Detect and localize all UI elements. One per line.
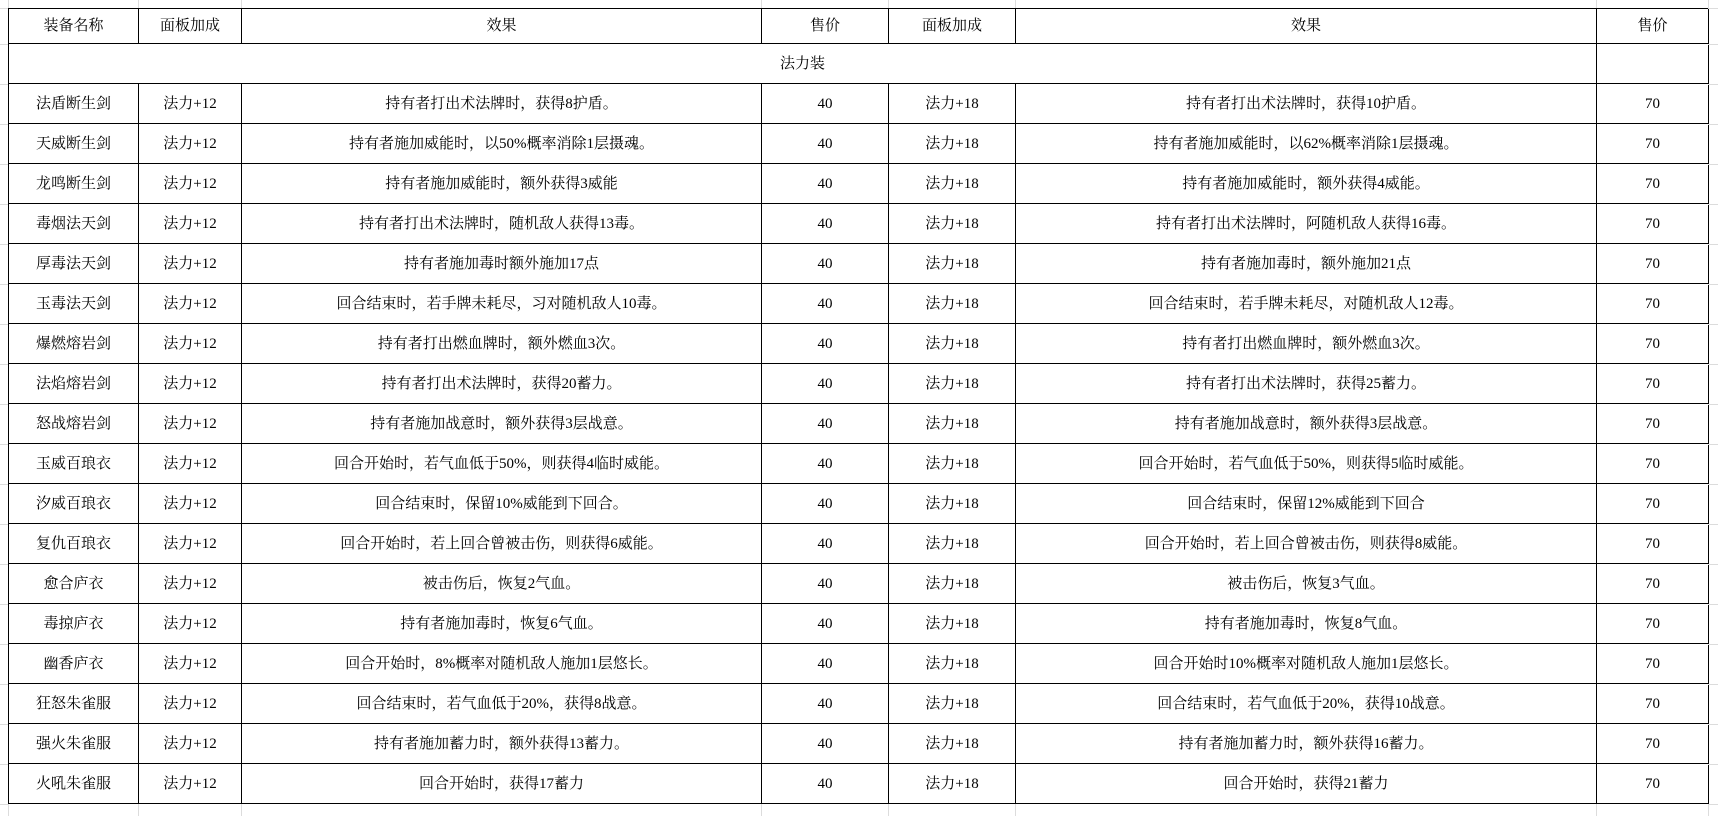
spreadsheet-canvas: 装备名称 面板加成 效果 售价 面板加成 效果 售价 法力装 法盾断生剑法力+1…: [0, 0, 1718, 816]
spreadsheet-gridline: [0, 644, 8, 645]
header-effect-2[interactable]: 效果: [1016, 9, 1597, 44]
panel-bonus-cell-1[interactable]: 法力+12: [139, 564, 242, 604]
effect-cell-1[interactable]: 持有者施加战意时，额外获得3层战意。: [242, 404, 762, 444]
spreadsheet-gridline: [0, 324, 8, 325]
panel-bonus-cell-2[interactable]: 法力+18: [889, 724, 1016, 764]
panel-bonus-cell-1[interactable]: 法力+12: [139, 644, 242, 684]
panel-bonus-cell-2[interactable]: 法力+18: [889, 164, 1016, 204]
equipment-name-cell[interactable]: 汐威百琅衣: [9, 484, 139, 524]
spreadsheet-gridline: [241, 0, 242, 8]
effect-cell-1[interactable]: 回合开始时，若气血低于50%，则获得4临时威能。: [242, 444, 762, 484]
spreadsheet-gridline: [241, 804, 242, 816]
price-cell-1[interactable]: 40: [762, 84, 889, 124]
effect-cell-2[interactable]: 被击伤后，恢复3气血。: [1016, 564, 1597, 604]
spreadsheet-gridline: [1708, 604, 1718, 605]
spreadsheet-gridline: [1708, 764, 1718, 765]
panel-bonus-cell-1[interactable]: 法力+12: [139, 244, 242, 284]
equipment-name-cell[interactable]: 玉毒法天剑: [9, 284, 139, 324]
spreadsheet-gridline: [888, 804, 889, 816]
table-row: 毒烟法天剑法力+12持有者打出术法牌时，随机敌人获得13毒。40法力+18持有者…: [9, 204, 1709, 244]
price-cell-1[interactable]: 40: [762, 684, 889, 724]
equipment-name-cell[interactable]: 法盾断生剑: [9, 84, 139, 124]
effect-cell-2[interactable]: 回合结束时，保留12%威能到下回合: [1016, 484, 1597, 524]
effect-cell-2[interactable]: 持有者施加蓄力时，额外获得16蓄力。: [1016, 724, 1597, 764]
panel-bonus-cell-2[interactable]: 法力+18: [889, 284, 1016, 324]
price-cell-1[interactable]: 40: [762, 764, 889, 804]
spreadsheet-gridline: [0, 164, 8, 165]
effect-cell-1[interactable]: 持有者施加毒时，恢复6气血。: [242, 604, 762, 644]
price-cell-1[interactable]: 40: [762, 244, 889, 284]
equipment-name-cell[interactable]: 强火朱雀服: [9, 724, 139, 764]
section-row: 法力装: [9, 44, 1709, 84]
spreadsheet-gridline: [0, 124, 8, 125]
panel-bonus-cell-2[interactable]: 法力+18: [889, 84, 1016, 124]
spreadsheet-gridline: [1708, 804, 1709, 816]
effect-cell-2[interactable]: 持有者施加威能时，以62%概率消除1层摄魂。: [1016, 124, 1597, 164]
price-cell-1[interactable]: 40: [762, 364, 889, 404]
equipment-name-cell[interactable]: 玉威百琅衣: [9, 444, 139, 484]
price-cell-2[interactable]: 70: [1597, 124, 1709, 164]
price-cell-2[interactable]: 70: [1597, 324, 1709, 364]
spreadsheet-gridline: [0, 444, 8, 445]
table-row: 法盾断生剑法力+12持有者打出术法牌时，获得8护盾。40法力+18持有者打出术法…: [9, 84, 1709, 124]
equipment-name-cell[interactable]: 火吼朱雀服: [9, 764, 139, 804]
equipment-name-cell[interactable]: 龙鸣断生剑: [9, 164, 139, 204]
panel-bonus-cell-1[interactable]: 法力+12: [139, 724, 242, 764]
effect-cell-1[interactable]: 被击伤后，恢复2气血。: [242, 564, 762, 604]
table-row: 天威断生剑法力+12持有者施加威能时，以50%概率消除1层摄魂。40法力+18持…: [9, 124, 1709, 164]
effect-cell-1[interactable]: 回合结束时，若手牌未耗尽，习对随机敌人10毒。: [242, 284, 762, 324]
effect-cell-2[interactable]: 回合开始时，若上回合曾被击伤，则获得8威能。: [1016, 524, 1597, 564]
effect-cell-2[interactable]: 持有者打出术法牌时，获得10护盾。: [1016, 84, 1597, 124]
panel-bonus-cell-2[interactable]: 法力+18: [889, 764, 1016, 804]
header-equip-name[interactable]: 装备名称: [9, 9, 139, 44]
price-cell-2[interactable]: 70: [1597, 484, 1709, 524]
spreadsheet-gridline: [1015, 804, 1016, 816]
panel-bonus-cell-1[interactable]: 法力+12: [139, 284, 242, 324]
effect-cell-2[interactable]: 回合开始时10%概率对随机敌人施加1层悠长。: [1016, 644, 1597, 684]
panel-bonus-cell-2[interactable]: 法力+18: [889, 244, 1016, 284]
panel-bonus-cell-2[interactable]: 法力+18: [889, 644, 1016, 684]
price-cell-1[interactable]: 40: [762, 124, 889, 164]
equipment-name-cell[interactable]: 狂怒朱雀服: [9, 684, 139, 724]
spreadsheet-gridline: [1596, 804, 1597, 816]
effect-cell-1[interactable]: 回合开始时，若上回合曾被击伤，则获得6威能。: [242, 524, 762, 564]
spreadsheet-gridline: [1596, 0, 1597, 8]
spreadsheet-gridline: [0, 804, 8, 805]
panel-bonus-cell-1[interactable]: 法力+12: [139, 204, 242, 244]
price-cell-2[interactable]: 70: [1597, 164, 1709, 204]
effect-cell-1[interactable]: 持有者打出术法牌时，获得8护盾。: [242, 84, 762, 124]
spreadsheet-gridline: [888, 0, 889, 8]
price-cell-2[interactable]: 70: [1597, 444, 1709, 484]
spreadsheet-gridline: [1708, 204, 1718, 205]
spreadsheet-gridline: [1708, 44, 1718, 45]
spreadsheet-gridline: [761, 0, 762, 8]
section-label-cell[interactable]: 法力装: [9, 44, 1597, 84]
spreadsheet-gridline: [0, 84, 8, 85]
price-cell-2[interactable]: 70: [1597, 764, 1709, 804]
effect-cell-1[interactable]: 持有者施加威能时，以50%概率消除1层摄魂。: [242, 124, 762, 164]
spreadsheet-gridline: [0, 524, 8, 525]
panel-bonus-cell-2[interactable]: 法力+18: [889, 124, 1016, 164]
panel-bonus-cell-1[interactable]: 法力+12: [139, 444, 242, 484]
spreadsheet-gridline: [1708, 444, 1718, 445]
price-cell-1[interactable]: 40: [762, 484, 889, 524]
equipment-name-cell[interactable]: 毒掠庐衣: [9, 604, 139, 644]
spreadsheet-gridline: [1708, 524, 1718, 525]
header-price-1[interactable]: 售价: [762, 9, 889, 44]
effect-cell-2[interactable]: 持有者施加毒时，恢复8气血。: [1016, 604, 1597, 644]
price-cell-1[interactable]: 40: [762, 284, 889, 324]
panel-bonus-cell-2[interactable]: 法力+18: [889, 204, 1016, 244]
spreadsheet-gridline: [1708, 644, 1718, 645]
table-row: 法焰熔岩剑法力+12持有者打出术法牌时，获得20蓄力。40法力+18持有者打出术…: [9, 364, 1709, 404]
table-row: 怒战熔岩剑法力+12持有者施加战意时，额外获得3层战意。40法力+18持有者施加…: [9, 404, 1709, 444]
spreadsheet-gridline: [0, 284, 8, 285]
panel-bonus-cell-2[interactable]: 法力+18: [889, 404, 1016, 444]
equipment-name-cell[interactable]: 厚毒法天剑: [9, 244, 139, 284]
table-row: 火吼朱雀服法力+12回合开始时，获得17蓄力40法力+18回合开始时，获得21蓄…: [9, 764, 1709, 804]
spreadsheet-gridline: [1708, 404, 1718, 405]
price-cell-1[interactable]: 40: [762, 164, 889, 204]
spreadsheet-gridline: [138, 804, 139, 816]
price-cell-1[interactable]: 40: [762, 444, 889, 484]
spreadsheet-gridline: [1708, 84, 1718, 85]
effect-cell-1[interactable]: 回合开始时，获得17蓄力: [242, 764, 762, 804]
price-cell-1[interactable]: 40: [762, 724, 889, 764]
panel-bonus-cell-1[interactable]: 法力+12: [139, 524, 242, 564]
table-row: 毒掠庐衣法力+12持有者施加毒时，恢复6气血。40法力+18持有者施加毒时，恢复…: [9, 604, 1709, 644]
spreadsheet-gridline: [1015, 0, 1016, 8]
effect-cell-1[interactable]: 回合开始时，8%概率对随机敌人施加1层悠长。: [242, 644, 762, 684]
table-row: 玉威百琅衣法力+12回合开始时，若气血低于50%，则获得4临时威能。40法力+1…: [9, 444, 1709, 484]
effect-cell-2[interactable]: 回合开始时，获得21蓄力: [1016, 764, 1597, 804]
price-cell-2[interactable]: 70: [1597, 84, 1709, 124]
equipment-name-cell[interactable]: 怒战熔岩剑: [9, 404, 139, 444]
header-effect-1[interactable]: 效果: [242, 9, 762, 44]
panel-bonus-cell-1[interactable]: 法力+12: [139, 684, 242, 724]
spreadsheet-gridline: [1708, 244, 1718, 245]
equipment-name-cell[interactable]: 幽香庐衣: [9, 644, 139, 684]
price-cell-2[interactable]: 70: [1597, 604, 1709, 644]
panel-bonus-cell-1[interactable]: 法力+12: [139, 764, 242, 804]
table-row: 龙鸣断生剑法力+12持有者施加威能时，额外获得3威能40法力+18持有者施加威能…: [9, 164, 1709, 204]
panel-bonus-cell-2[interactable]: 法力+18: [889, 524, 1016, 564]
effect-cell-2[interactable]: 回合开始时，若气血低于50%，则获得5临时威能。: [1016, 444, 1597, 484]
effect-cell-1[interactable]: 持有者施加威能时，额外获得3威能: [242, 164, 762, 204]
spreadsheet-gridline: [1708, 804, 1718, 805]
spreadsheet-gridline: [8, 0, 9, 8]
price-cell-1[interactable]: 40: [762, 644, 889, 684]
effect-cell-1[interactable]: 持有者施加毒时额外施加17点: [242, 244, 762, 284]
price-cell-2[interactable]: 70: [1597, 244, 1709, 284]
panel-bonus-cell-2[interactable]: 法力+18: [889, 604, 1016, 644]
panel-bonus-cell-1[interactable]: 法力+12: [139, 84, 242, 124]
table-row: 幽香庐衣法力+12回合开始时，8%概率对随机敌人施加1层悠长。40法力+18回合…: [9, 644, 1709, 684]
spreadsheet-gridline: [0, 604, 8, 605]
spreadsheet-gridline: [1708, 564, 1718, 565]
price-cell-1[interactable]: 40: [762, 204, 889, 244]
price-cell-2[interactable]: 70: [1597, 524, 1709, 564]
effect-cell-2[interactable]: 持有者打出燃血牌时，额外燃血3次。: [1016, 324, 1597, 364]
panel-bonus-cell-1[interactable]: 法力+12: [139, 404, 242, 444]
spreadsheet-gridline: [0, 764, 8, 765]
spreadsheet-gridline: [0, 8, 8, 9]
effect-cell-1[interactable]: 回合结束时，若气血低于20%，获得8战意。: [242, 684, 762, 724]
spreadsheet-gridline: [1708, 484, 1718, 485]
panel-bonus-cell-2[interactable]: 法力+18: [889, 484, 1016, 524]
equipment-name-cell[interactable]: 爆燃熔岩剑: [9, 324, 139, 364]
spreadsheet-gridline: [1708, 724, 1718, 725]
table-row: 厚毒法天剑法力+12持有者施加毒时额外施加17点40法力+18持有者施加毒时，额…: [9, 244, 1709, 284]
equipment-table: 装备名称 面板加成 效果 售价 面板加成 效果 售价 法力装 法盾断生剑法力+1…: [8, 8, 1709, 804]
price-cell-1[interactable]: 40: [762, 524, 889, 564]
effect-cell-2[interactable]: 回合结束时，若手牌未耗尽，对随机敌人12毒。: [1016, 284, 1597, 324]
spreadsheet-gridline: [1708, 0, 1709, 8]
spreadsheet-gridline: [0, 484, 8, 485]
spreadsheet-gridline: [0, 204, 8, 205]
effect-cell-1[interactable]: 持有者打出燃血牌时，额外燃血3次。: [242, 324, 762, 364]
price-cell-2[interactable]: 70: [1597, 364, 1709, 404]
spreadsheet-gridline: [1708, 164, 1718, 165]
panel-bonus-cell-1[interactable]: 法力+12: [139, 484, 242, 524]
effect-cell-1[interactable]: 持有者打出术法牌时，随机敌人获得13毒。: [242, 204, 762, 244]
price-cell-1[interactable]: 40: [762, 324, 889, 364]
table-row: 爆燃熔岩剑法力+12持有者打出燃血牌时，额外燃血3次。40法力+18持有者打出燃…: [9, 324, 1709, 364]
effect-cell-1[interactable]: 回合结束时，保留10%威能到下回合。: [242, 484, 762, 524]
equipment-name-cell[interactable]: 法焰熔岩剑: [9, 364, 139, 404]
equipment-name-cell[interactable]: 复仇百琅衣: [9, 524, 139, 564]
spreadsheet-gridline: [138, 0, 139, 8]
spreadsheet-gridline: [0, 244, 8, 245]
spreadsheet-gridline: [0, 724, 8, 725]
header-panel-bonus-1[interactable]: 面板加成: [139, 9, 242, 44]
effect-cell-1[interactable]: 持有者打出术法牌时，获得20蓄力。: [242, 364, 762, 404]
panel-bonus-cell-1[interactable]: 法力+12: [139, 604, 242, 644]
panel-bonus-cell-1[interactable]: 法力+12: [139, 164, 242, 204]
table-row: 玉毒法天剑法力+12回合结束时，若手牌未耗尽，习对随机敌人10毒。40法力+18…: [9, 284, 1709, 324]
table-row: 强火朱雀服法力+12持有者施加蓄力时，额外获得13蓄力。40法力+18持有者施加…: [9, 724, 1709, 764]
effect-cell-2[interactable]: 持有者施加威能时，额外获得4威能。: [1016, 164, 1597, 204]
panel-bonus-cell-1[interactable]: 法力+12: [139, 324, 242, 364]
equipment-name-cell[interactable]: 毒烟法天剑: [9, 204, 139, 244]
table-row: 汐威百琅衣法力+12回合结束时，保留10%威能到下回合。40法力+18回合结束时…: [9, 484, 1709, 524]
header-panel-bonus-2[interactable]: 面板加成: [889, 9, 1016, 44]
equipment-name-cell[interactable]: 天威断生剑: [9, 124, 139, 164]
header-price-2[interactable]: 售价: [1597, 9, 1709, 44]
equipment-name-cell[interactable]: 愈合庐衣: [9, 564, 139, 604]
price-cell-2[interactable]: 70: [1597, 644, 1709, 684]
panel-bonus-cell-1[interactable]: 法力+12: [139, 124, 242, 164]
spreadsheet-gridline: [8, 804, 9, 816]
price-cell-1[interactable]: 40: [762, 604, 889, 644]
panel-bonus-cell-2[interactable]: 法力+18: [889, 444, 1016, 484]
price-cell-1[interactable]: 40: [762, 564, 889, 604]
section-empty-cell[interactable]: [1597, 44, 1709, 84]
table-row: 愈合庐衣法力+12被击伤后，恢复2气血。40法力+18被击伤后，恢复3气血。70: [9, 564, 1709, 604]
spreadsheet-gridline: [761, 804, 762, 816]
header-row: 装备名称 面板加成 效果 售价 面板加成 效果 售价: [9, 9, 1709, 44]
spreadsheet-gridline: [0, 364, 8, 365]
effect-cell-2[interactable]: 持有者施加战意时，额外获得3层战意。: [1016, 404, 1597, 444]
panel-bonus-cell-2[interactable]: 法力+18: [889, 684, 1016, 724]
spreadsheet-gridline: [0, 564, 8, 565]
effect-cell-1[interactable]: 持有者施加蓄力时，额外获得13蓄力。: [242, 724, 762, 764]
spreadsheet-gridline: [1708, 8, 1718, 9]
panel-bonus-cell-1[interactable]: 法力+12: [139, 364, 242, 404]
price-cell-2[interactable]: 70: [1597, 684, 1709, 724]
table-row: 复仇百琅衣法力+12回合开始时，若上回合曾被击伤，则获得6威能。40法力+18回…: [9, 524, 1709, 564]
effect-cell-2[interactable]: 持有者施加毒时，额外施加21点: [1016, 244, 1597, 284]
spreadsheet-gridline: [1708, 284, 1718, 285]
panel-bonus-cell-2[interactable]: 法力+18: [889, 364, 1016, 404]
panel-bonus-cell-2[interactable]: 法力+18: [889, 564, 1016, 604]
spreadsheet-gridline: [0, 684, 8, 685]
spreadsheet-gridline: [0, 404, 8, 405]
spreadsheet-gridline: [1708, 684, 1718, 685]
price-cell-1[interactable]: 40: [762, 404, 889, 444]
price-cell-2[interactable]: 70: [1597, 284, 1709, 324]
table-row: 狂怒朱雀服法力+12回合结束时，若气血低于20%，获得8战意。40法力+18回合…: [9, 684, 1709, 724]
price-cell-2[interactable]: 70: [1597, 724, 1709, 764]
panel-bonus-cell-2[interactable]: 法力+18: [889, 324, 1016, 364]
spreadsheet-gridline: [0, 44, 8, 45]
effect-cell-2[interactable]: 持有者打出术法牌时，阿随机敌人获得16毒。: [1016, 204, 1597, 244]
spreadsheet-gridline: [1708, 124, 1718, 125]
price-cell-2[interactable]: 70: [1597, 404, 1709, 444]
price-cell-2[interactable]: 70: [1597, 204, 1709, 244]
price-cell-2[interactable]: 70: [1597, 564, 1709, 604]
effect-cell-2[interactable]: 持有者打出术法牌时，获得25蓄力。: [1016, 364, 1597, 404]
spreadsheet-gridline: [1708, 324, 1718, 325]
effect-cell-2[interactable]: 回合结束时，若气血低于20%，获得10战意。: [1016, 684, 1597, 724]
spreadsheet-gridline: [1708, 364, 1718, 365]
